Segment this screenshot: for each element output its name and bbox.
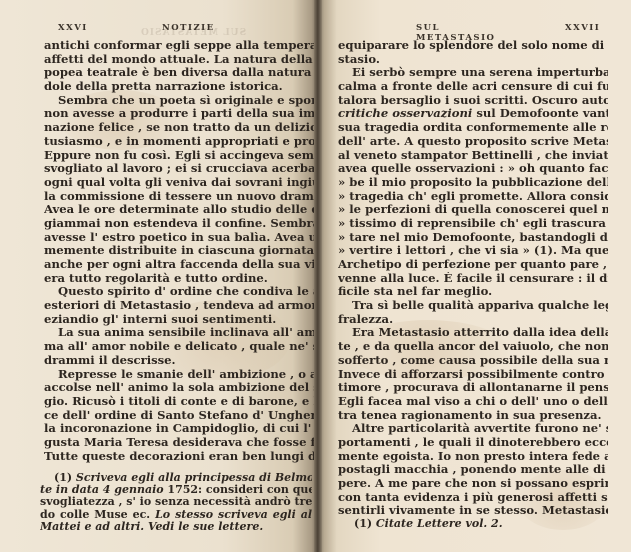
text-line: La sua anima sensibile inclinava all' am… <box>44 326 314 340</box>
text-line: critiche osservazioni sul Demofoonte van… <box>338 107 608 121</box>
text-line: Tutte queste decorazioni eran ben lungi … <box>44 450 314 464</box>
text-line: memente distribuite in ciascuna giornata… <box>44 244 314 258</box>
text-line: » tissimo di reprensibile ch' egli trasc… <box>338 217 608 231</box>
text-line: postagli macchia , ponendo mente alle di… <box>338 463 608 477</box>
text-line: gusta Maria Teresa desiderava che fosse … <box>44 436 314 450</box>
text-line: anche per ogni altra faccenda della sua … <box>44 258 314 272</box>
text-line: Mattei e ad altri. Vedi le sue lettere. <box>40 521 312 533</box>
left-body-text: antichi conformar egli seppe alla temper… <box>44 39 314 463</box>
text-line: non avesse a produrre i parti della sua … <box>44 107 314 121</box>
text-line: » tragedia ch' egli promette. Allora con… <box>338 190 608 204</box>
right-body-text: equiparare lo splendore del solo nome di… <box>338 39 608 518</box>
text-line: era tutto regolarità e tutto ordine. <box>44 272 314 286</box>
text-line: calma a fronte delle acri censure di cui… <box>338 80 608 94</box>
book-spread: SUL METASTASIO XXVI NOTIZIE antichi conf… <box>0 0 631 552</box>
text-line: la commissione di tessere un nuovo dramm… <box>44 190 314 204</box>
text-line: » tare nel mio Demofoonte, bastandogli d… <box>338 231 608 245</box>
book-spine <box>314 0 322 552</box>
text-line: Tra sì belle qualità appariva qualche le… <box>338 299 608 313</box>
page-number: XXVII <box>565 23 600 33</box>
text-line: svogliatezza , s' io senza necessità and… <box>40 496 312 508</box>
text-line: drammi il descrisse. <box>44 354 314 368</box>
text-line: Eppure non fu così. Egli si accingeva se… <box>44 149 314 163</box>
text-line: avesse l' estro poetico in sua balìa. Av… <box>44 231 314 245</box>
text-line: Ei serbò sempre una serena imperturbabil… <box>338 66 608 80</box>
text-line: sua tragedia ordita conformemente alle r… <box>338 121 608 135</box>
text-line: ma all' amor nobile e delicato , quale n… <box>44 340 314 354</box>
running-title: NOTIZIE <box>162 23 215 33</box>
text-line: do colle Muse ec. Lo stesso scriveva egl… <box>40 509 312 521</box>
text-line: Archetipo di perfezione per quanto pare … <box>338 258 608 272</box>
text-line: » be il mio proposito la pubblicazione d… <box>338 176 608 190</box>
text-line: Egli facea mal viso a chi o dell' uno o … <box>338 395 608 409</box>
text-line: sentirli vivamente in se stesso. Metasta… <box>338 504 608 518</box>
text-line: Questo spirito d' ordine che condiva le … <box>44 285 314 299</box>
text-line: antichi conformar egli seppe alla temper… <box>44 39 314 53</box>
text-line: sofferto , come causa possibile della su… <box>338 354 608 368</box>
text-line: venne alla luce. È facile il censurare :… <box>338 272 608 286</box>
text-line: giammai non estendeva il confine. Sembra… <box>44 217 314 231</box>
text-line: dell' arte. A questo proposito scrive Me… <box>338 135 608 149</box>
text-line: ce dell' ordine di Santo Stefano d' Ungh… <box>44 409 314 423</box>
text-line: eziandio gl' interni suoi sentimenti. <box>44 313 314 327</box>
text-line: Era Metastasio atterrito dalla idea dell… <box>338 326 608 340</box>
text-line: al veneto stampator Bettinelli , che inv… <box>338 149 608 163</box>
text-line: (1) Scriveva egli alla principessa di Be… <box>40 472 312 484</box>
text-line: Represse le smanie dell' ambizione , o a… <box>44 368 314 382</box>
text-line: nazione felice , se non tratto da un del… <box>44 121 314 135</box>
right-page: SUL METASTASIO XXVII equiparare lo splen… <box>318 0 631 552</box>
left-page: SUL METASTASIO XXVI NOTIZIE antichi conf… <box>0 0 318 552</box>
text-line: portamenti , le quali il dinoterebbero e… <box>338 436 608 450</box>
right-footnote: (1) Citate Lettere vol. 2. <box>354 518 554 530</box>
text-line: gio. Ricusò i titoli di conte e di baron… <box>44 395 314 409</box>
text-line: mente egoista. Io non presto intera fede… <box>338 450 608 464</box>
text-line: avea quelle osservazioni : » oh quanto f… <box>338 162 608 176</box>
text-line: ogni qual volta gli veniva dai sovrani i… <box>44 176 314 190</box>
text-line: ficile sta nel far meglio. <box>338 285 608 299</box>
left-footnote: (1) Scriveva egli alla principessa di Be… <box>40 472 312 533</box>
text-line: dole della pretta narrazione istorica. <box>44 80 314 94</box>
text-line: Avea le ore determinate allo studio dell… <box>44 203 314 217</box>
text-line: te , e da quella ancor del vaiuolo, che … <box>338 340 608 354</box>
text-line: pere. A me pare che non si possano espri… <box>338 477 608 491</box>
text-line: timore , procurava di allontanarne il pe… <box>338 381 608 395</box>
text-line: tusiasmo , e in momenti appropriati e pr… <box>44 135 314 149</box>
text-line: » vertire i lettori , che vi sia » (1). … <box>338 244 608 258</box>
text-line: tra tenea ragionamento in sua presenza. <box>338 409 608 423</box>
text-line: fralezza. <box>338 313 608 327</box>
text-line: » le perfezioni di quella conoscerei que… <box>338 203 608 217</box>
page-number: XXVI <box>58 23 88 33</box>
text-line: Invece di afforzarsi possibilmente contr… <box>338 368 608 382</box>
text-line: popea teatrale è ben diversa dalla natur… <box>44 66 314 80</box>
text-line: equiparare lo splendore del solo nome di… <box>338 39 608 53</box>
text-line: con tanta evidenza i più generosi affett… <box>338 491 608 505</box>
text-line: esteriori di Metastasio , tendeva ad arm… <box>44 299 314 313</box>
text-line: Sembra che un poeta sì originale e spont… <box>44 94 314 108</box>
text-line: te in data 4 gennaio 1752: consideri con… <box>40 484 312 496</box>
text-line: (1) Citate Lettere vol. 2. <box>354 518 554 530</box>
text-line: talora bersaglio i suoi scritti. Oscuro … <box>338 94 608 108</box>
text-line: Altre particolarità avvertite furono ne'… <box>338 422 608 436</box>
text-line: stasio. <box>338 53 608 67</box>
text-line: la incoronazione in Campidoglio, di cui … <box>44 422 314 436</box>
text-line: accolse nell' animo la sola ambizione de… <box>44 381 314 395</box>
text-line: svogliato al lavoro ; ei si crucciava ac… <box>44 162 314 176</box>
text-line: affetti del mondo attuale. La natura del… <box>44 53 314 67</box>
